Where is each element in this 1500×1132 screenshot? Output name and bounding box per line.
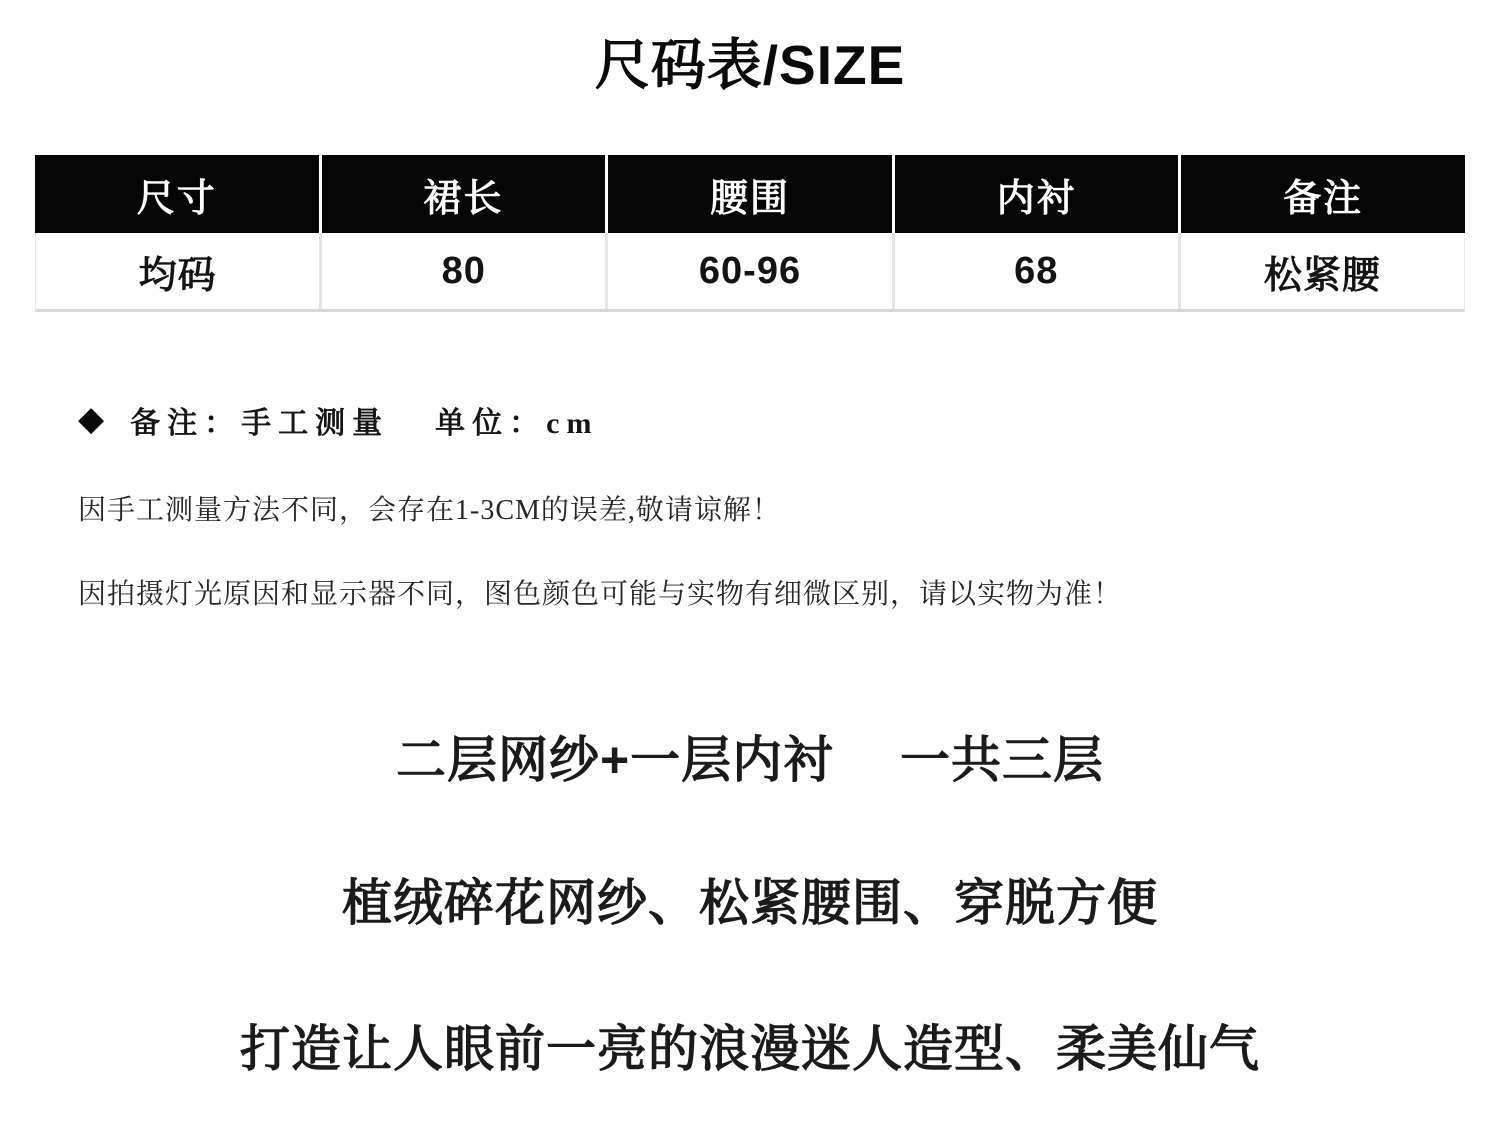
highlight-layers: 二层网纱+一层内衬 一共三层	[0, 729, 1500, 791]
measurement-note-label: 备注：手工测量	[130, 398, 389, 442]
size-table: 尺寸 裙长 腰围 内衬 备注 均码 80 60-96 68 松紧腰	[35, 155, 1465, 312]
size-table-data-row: 均码 80 60-96 68 松紧腰	[35, 233, 1465, 312]
size-chart-page: 尺码表/SIZE 尺寸 裙长 腰围 内衬 备注 均码 80 60-96 68 松…	[0, 0, 1500, 1132]
measurement-note: ◆ 备注：手工测量 单位：cm	[78, 398, 598, 442]
data-cell-waist: 60-96	[608, 233, 891, 309]
data-cell-lining: 68	[895, 233, 1178, 309]
header-cell-size: 尺寸	[35, 155, 319, 233]
data-cell-size: 均码	[36, 233, 319, 309]
diamond-bullet-icon: ◆	[78, 403, 104, 437]
measurement-note-unit: 单位：cm	[435, 398, 598, 442]
data-cell-skirt-length: 80	[322, 233, 605, 309]
header-cell-skirt-length: 裙长	[322, 155, 606, 233]
size-table-header-row: 尺寸 裙长 腰围 内衬 备注	[35, 155, 1465, 233]
page-title: 尺码表/SIZE	[0, 33, 1500, 97]
highlight-fabric-features: 植绒碎花网纱、松紧腰围、穿脱方便	[0, 872, 1500, 934]
disclaimer-color-difference: 因拍摄灯光原因和显示器不同，图色颜色可能与实物有细微区别，请以实物为准！	[78, 576, 1122, 614]
header-cell-remark: 备注	[1181, 155, 1465, 233]
highlight-style-description: 打造让人眼前一亮的浪漫迷人造型、柔美仙气	[0, 1018, 1500, 1080]
header-cell-lining: 内衬	[895, 155, 1179, 233]
data-cell-remark: 松紧腰	[1181, 233, 1464, 309]
disclaimer-measurement-error: 因手工测量方法不同，会存在1-3CM的误差,敬请谅解！	[78, 492, 781, 530]
header-cell-waist: 腰围	[608, 155, 892, 233]
